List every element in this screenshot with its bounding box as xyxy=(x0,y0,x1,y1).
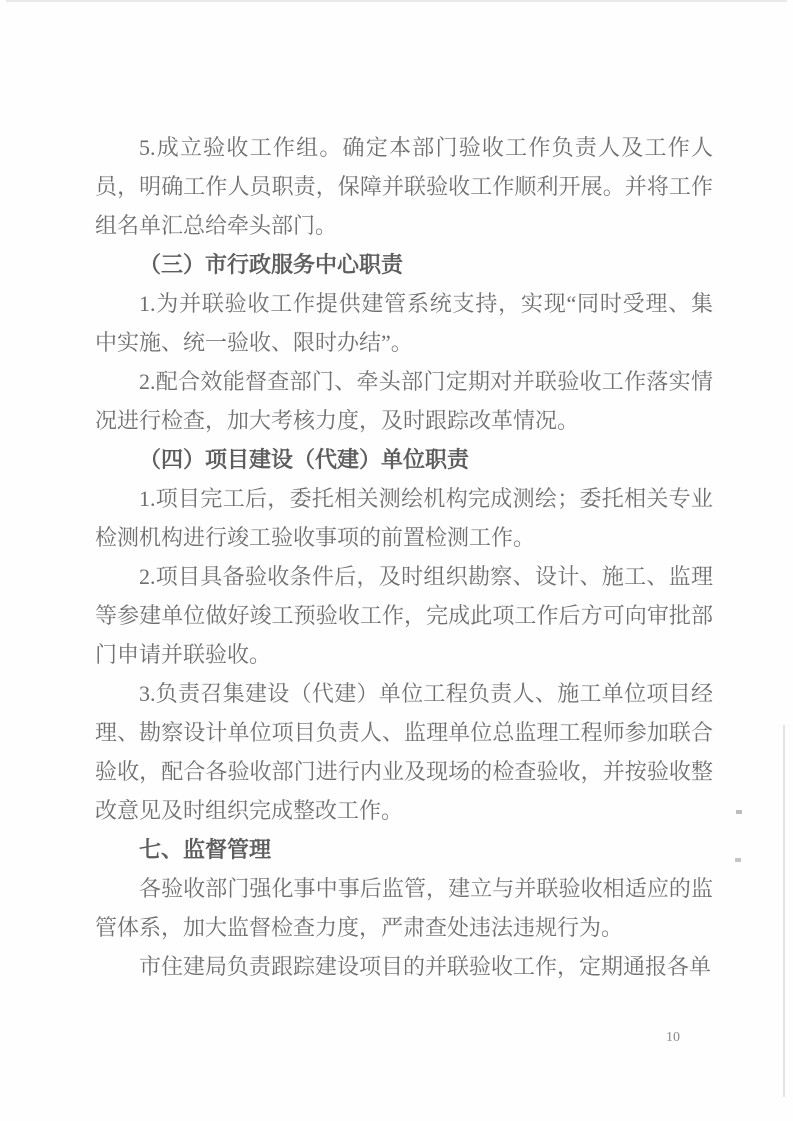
paragraph-construction-3: 3.负责召集建设（代建）单位工程负责人、施工单位项目经理、勘察设计单位项目负责人… xyxy=(95,674,713,830)
paragraph-center-1: 1.为并联验收工作提供建管系统支持，实现“同时受理、集中实施、统一验收、限时办结… xyxy=(95,284,713,362)
paragraph-supervision-1: 各验收部门强化事中事后监管，建立与并联验收相适应的监管体系，加大监督检查力度，严… xyxy=(95,869,713,947)
paragraph-supervision-2: 市住建局负责跟踪建设项目的并联验收工作，定期通报各单 xyxy=(95,947,713,986)
document-page: 5.成立验收工作组。确定本部门验收工作负责人及工作人员，明确工作人员职责，保障并… xyxy=(0,0,793,1121)
page-number: 10 xyxy=(666,1030,680,1046)
paragraph-item5: 5.成立验收工作组。确定本部门验收工作负责人及工作人员，明确工作人员职责，保障并… xyxy=(95,128,713,245)
paragraph-construction-1: 1.项目完工后，委托相关测绘机构完成测绘；委托相关专业检测机构进行竣工验收事项的… xyxy=(95,479,713,557)
scan-edge-top xyxy=(6,0,787,2)
scan-speck xyxy=(735,858,741,862)
scan-speck xyxy=(736,810,742,814)
section-heading-4: （四）项目建设（代建）单位职责 xyxy=(95,440,713,479)
document-content: 5.成立验收工作组。确定本部门验收工作负责人及工作人员，明确工作人员职责，保障并… xyxy=(95,128,713,986)
section-heading-7: 七、监督管理 xyxy=(95,830,713,869)
scan-edge-shadow xyxy=(783,725,785,1097)
section-heading-3: （三）市行政服务中心职责 xyxy=(95,245,713,284)
paragraph-center-2: 2.配合效能督查部门、牵头部门定期对并联验收工作落实情况进行检查，加大考核力度，… xyxy=(95,362,713,440)
paragraph-construction-2: 2.项目具备验收条件后，及时组织勘察、设计、施工、监理等参建单位做好竣工预验收工… xyxy=(95,557,713,674)
